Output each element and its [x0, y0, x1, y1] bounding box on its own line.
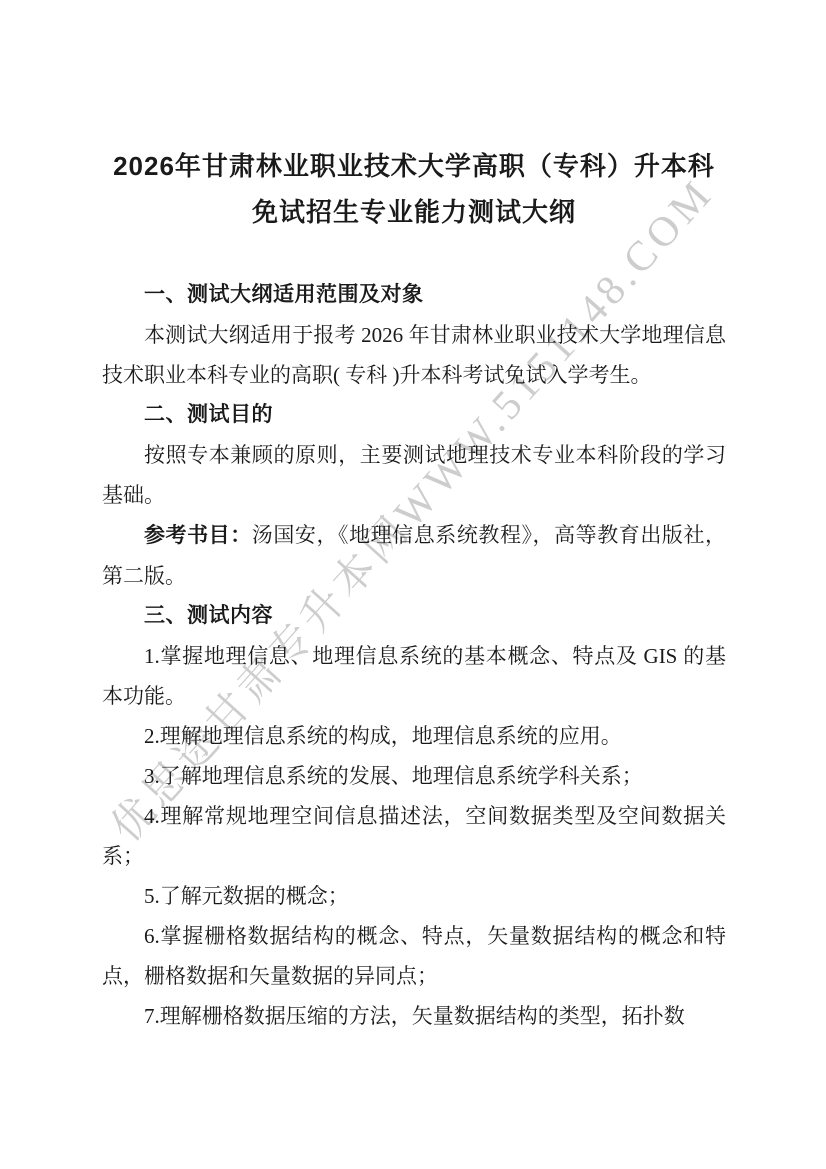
document-title-line-2: 免试招生专业能力测试大纲 — [102, 189, 726, 235]
document-title-line-1: 2026年甘肃林业职业技术大学高职（专科）升本科 — [102, 143, 726, 189]
content-item-3: 3.了解地理信息系统的发展、地理信息系统学科关系； — [102, 756, 726, 796]
content-item-4: 4.理解常规地理空间信息描述法，空间数据类型及空间数据关系； — [102, 796, 726, 876]
content-item-6: 6.掌握栅格数据结构的概念、特点，矢量数据结构的概念和特点，栅格数据和矢量数据的… — [102, 916, 726, 996]
reference-paragraph: 参考书目：汤国安，《地理信息系统教程》，高等教育出版社，第二版。 — [102, 515, 726, 596]
section-1-paragraph: 本测试大纲适用于报考 2026 年甘肃林业职业技术大学地理信息技术职业本科专业的… — [102, 315, 726, 395]
document-content: 2026年甘肃林业职业技术大学高职（专科）升本科 免试招生专业能力测试大纲 一、… — [102, 143, 726, 1036]
section-2-paragraph: 按照专本兼顾的原则，主要测试地理技术专业本科阶段的学习基础。 — [102, 435, 726, 515]
content-item-7: 7.理解栅格数据压缩的方法，矢量数据结构的类型，拓扑数 — [102, 996, 726, 1036]
reference-label: 参考书目： — [144, 524, 252, 547]
content-item-1: 1.掌握地理信息、地理信息系统的基本概念、特点及 GIS 的基本功能。 — [102, 636, 726, 716]
content-item-5: 5.了解元数据的概念； — [102, 876, 726, 916]
document-title: 2026年甘肃林业职业技术大学高职（专科）升本科 免试招生专业能力测试大纲 — [102, 143, 726, 235]
document-page: 优思途甘肃专升本网WWW.5151148.COM 2026年甘肃林业职业技术大学… — [0, 0, 826, 1169]
section-2-heading: 二、测试目的 — [102, 395, 726, 435]
section-3-heading: 三、测试内容 — [102, 596, 726, 636]
section-1-heading: 一、测试大纲适用范围及对象 — [102, 275, 726, 315]
content-item-2: 2.理解地理信息系统的构成，地理信息系统的应用。 — [102, 716, 726, 756]
